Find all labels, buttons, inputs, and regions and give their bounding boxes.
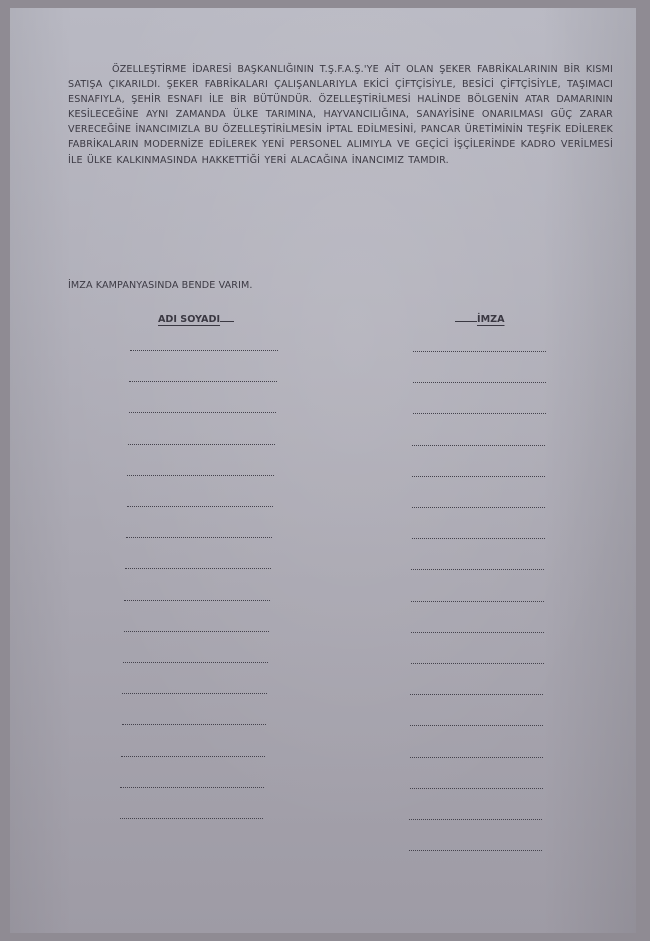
signature-header-label: İMZA	[477, 314, 505, 325]
signature-entry-line[interactable]	[411, 663, 544, 664]
name-entry-line[interactable]	[124, 631, 269, 632]
signature-entry-line[interactable]	[412, 445, 545, 446]
name-entry-line[interactable]	[122, 724, 266, 725]
name-entry-line[interactable]	[120, 818, 264, 819]
name-entry-line[interactable]	[130, 350, 278, 351]
signature-entry-line[interactable]	[413, 351, 546, 352]
table-surface	[0, 933, 650, 941]
signature-entry-line[interactable]	[410, 757, 543, 758]
signature-entry-line[interactable]	[411, 601, 544, 602]
signature-entry-line[interactable]	[412, 507, 545, 508]
signature-entry-line[interactable]	[411, 569, 544, 570]
name-entry-line[interactable]	[128, 444, 275, 445]
petition-paragraph: ÖZELLEŞTİRME İDARESİ BAŞKANLIĞININ T.Ş.F…	[68, 62, 613, 168]
name-header-label: ADI SOYADI	[158, 314, 220, 325]
campaign-statement: İMZA KAMPANYASINDA BENDE VARIM.	[68, 280, 253, 291]
name-entry-line[interactable]	[127, 475, 274, 476]
name-entry-line[interactable]	[127, 506, 274, 507]
name-column-header: ADI SOYADI	[158, 314, 234, 325]
signature-entry-line[interactable]	[412, 476, 545, 477]
signature-entry-line[interactable]	[411, 632, 544, 633]
signature-entry-line[interactable]	[410, 725, 543, 726]
name-entry-line[interactable]	[124, 600, 270, 601]
name-entry-line[interactable]	[123, 662, 268, 663]
signature-entry-line[interactable]	[413, 382, 546, 383]
signature-entry-line[interactable]	[412, 538, 545, 539]
name-entry-line[interactable]	[120, 787, 264, 788]
name-entry-line[interactable]	[125, 568, 271, 569]
header-underline	[455, 321, 477, 322]
signature-entry-line[interactable]	[410, 694, 543, 695]
name-entry-line[interactable]	[121, 756, 265, 757]
name-entry-line[interactable]	[129, 381, 277, 382]
name-entry-line[interactable]	[129, 412, 276, 413]
signature-entry-line[interactable]	[409, 819, 542, 820]
signature-entry-line[interactable]	[409, 850, 542, 851]
signature-column-header: İMZA	[455, 314, 505, 325]
name-entry-line[interactable]	[122, 693, 267, 694]
signature-entry-line[interactable]	[413, 413, 546, 414]
name-entry-line[interactable]	[126, 537, 272, 538]
signature-entry-line[interactable]	[410, 788, 543, 789]
header-underline	[220, 321, 234, 322]
